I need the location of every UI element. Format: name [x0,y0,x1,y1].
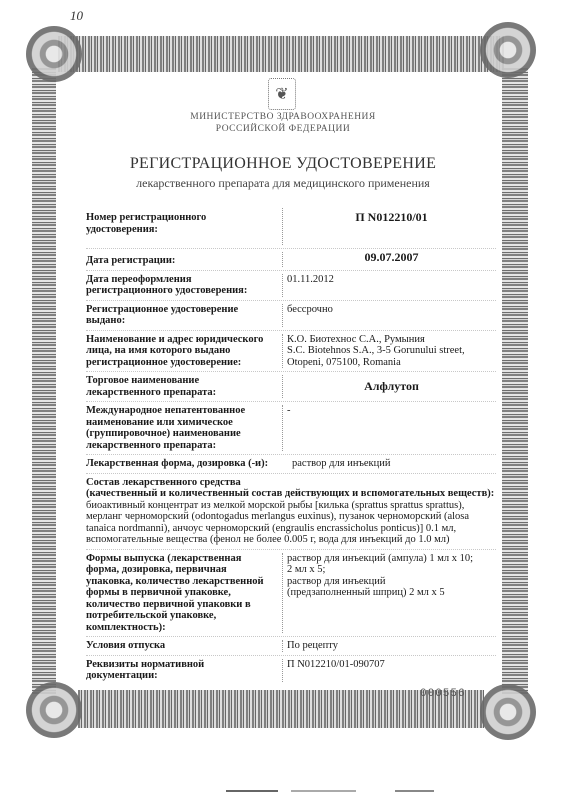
field-value: 01.11.2012 [282,274,496,297]
corner-ornament-icon [26,26,82,82]
field-value: бессрочно [282,304,496,327]
certificate-form: Номер регистрационного удостоверения: П … [86,205,496,685]
field-value: П N012210/01-090707 [282,659,496,682]
field-inn: Международное непатентованное наименован… [86,402,496,455]
field-label: Формы выпуска (лекарственная форма, дози… [86,553,282,634]
release-form-line: (предзаполненный шприц) 2 мл x 5 [287,587,496,599]
field-value: Алфлутоп [282,375,496,398]
release-form-line: раствор для инъекций [287,576,496,588]
corner-ornament-icon [26,682,82,738]
composition-text: биоактивный концентрат из мелкой морской… [86,500,496,546]
field-trade-name: Торговое наименование лекарственного пре… [86,372,496,402]
field-label: Условия отпуска [86,640,282,652]
ministry-country: РОССИЙСКОЙ ФЕДЕРАЦИИ [0,124,566,134]
corner-ornament-icon [480,22,536,78]
coat-of-arms-icon: ❦ [268,78,296,110]
field-composition: Состав лекарственного средства (качестве… [86,474,496,550]
release-form-line: 2 мл x 5; [287,564,496,576]
field-value: - [282,405,496,451]
frame-top-border [58,36,504,72]
field-value: По рецепту [282,640,496,652]
field-label: Международное непатентованное наименован… [86,405,282,451]
corner-ornament-icon [480,684,536,740]
field-label: Дата регистрации: [86,252,282,267]
page-mark: 10 [70,8,83,24]
scan-artifact [200,790,460,792]
field-label: Состав лекарственного средства [86,477,496,489]
document-subtitle: лекарственного препарата для медицинског… [0,176,566,191]
field-holder: Наименование и адрес юридического лица, … [86,331,496,373]
field-label: Дата переоформления регистрационного удо… [86,274,282,297]
field-dosage-form: Лекарственная форма, дозировка (-и): рас… [86,455,496,474]
field-reg-number: Номер регистрационного удостоверения: П … [86,205,496,249]
holder-line: S.C. Biotehnos S.A., 3-5 Gorunului stree… [287,345,496,357]
field-label: (качественный и количественный состав де… [86,488,496,500]
holder-line: К.О. Биотехнос С.А., Румыния [287,334,496,346]
ministry-name: МИНИСТЕРСТВО ЗДРАВООХРАНЕНИЯ [0,112,566,122]
field-reg-date: Дата регистрации: 09.07.2007 [86,249,496,271]
field-value: П N012210/01 [282,208,496,245]
field-value: К.О. Биотехнос С.А., Румыния S.C. Bioteh… [282,334,496,369]
field-value: раствор для инъекций [282,458,496,470]
field-normative-doc: Реквизиты нормативной документации: П N0… [86,656,496,685]
field-value: раствор для инъекций (ампула) 1 мл x 10;… [282,553,496,634]
holder-line: Otopeni, 075100, Romania [287,357,496,369]
serial-number: 000556 [420,688,466,700]
field-label: Торговое наименование лекарственного пре… [86,375,282,398]
release-form-line: раствор для инъекций (ампула) 1 мл x 10; [287,553,496,565]
field-dispensing: Условия отпуска По рецепту [86,637,496,656]
field-label: Наименование и адрес юридического лица, … [86,334,282,369]
field-label: Лекарственная форма, дозировка (-и): [86,458,282,470]
field-label: Реквизиты нормативной документации: [86,659,282,682]
field-reissue-date: Дата переоформления регистрационного удо… [86,271,496,301]
field-release-forms: Формы выпуска (лекарственная форма, дози… [86,550,496,638]
field-label: Регистрационное удостоверение выдано: [86,304,282,327]
field-value: 09.07.2007 [282,252,496,267]
field-label: Номер регистрационного удостоверения: [86,208,282,245]
document-title: РЕГИСТРАЦИОННОЕ УДОСТОВЕРЕНИЕ [0,155,566,173]
field-validity: Регистрационное удостоверение выдано: бе… [86,301,496,331]
